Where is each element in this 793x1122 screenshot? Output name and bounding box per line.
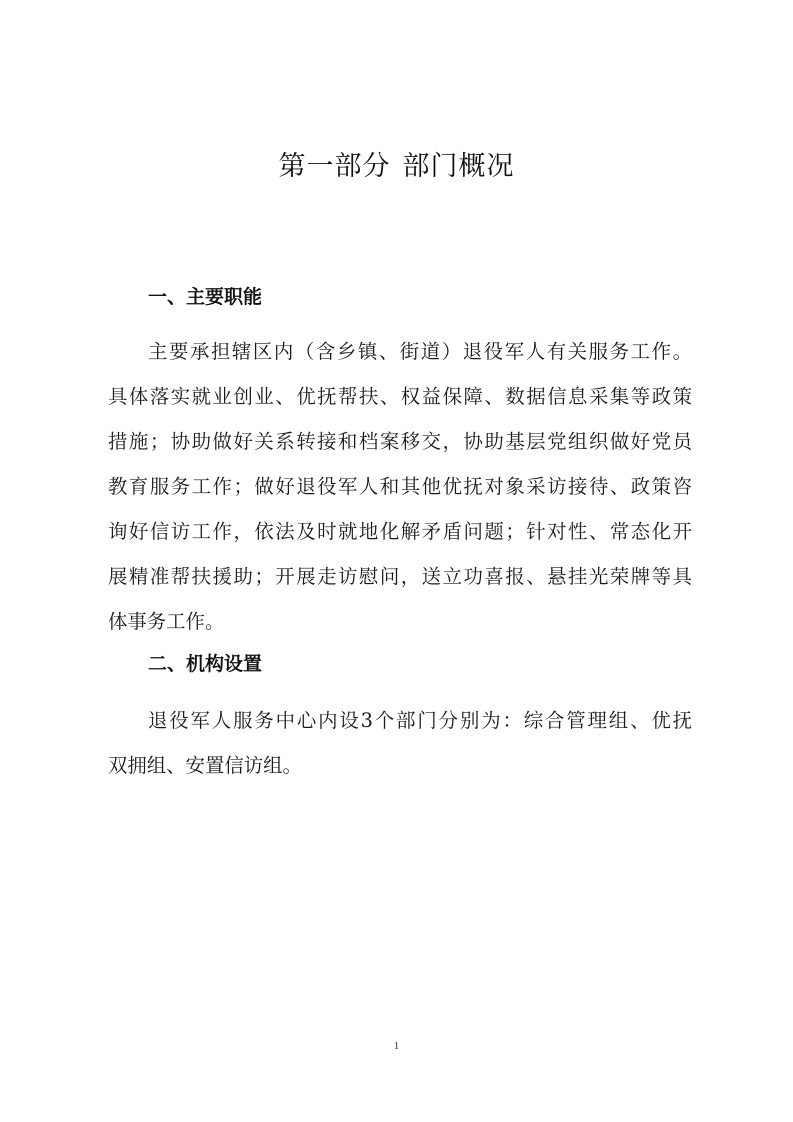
title-part-1: 第一部分 (279, 151, 391, 182)
page-title: 第一部分部门概况 (0, 147, 793, 187)
paragraph-line: 体事务工作。 (108, 607, 692, 637)
section-heading-organization: 二、机构设置 (148, 650, 262, 678)
paragraph-line: 具体落实就业创业、优抚帮扶、权益保障、数据信息采集等政策 (108, 382, 692, 412)
page-number: 1 (0, 1040, 793, 1052)
paragraph-line: 展精准帮扶援助；开展走访慰问，送立功喜报、悬挂光荣牌等具 (108, 562, 692, 592)
paragraph-line: 退役军人服务中心内设3个部门分别为：综合管理组、优抚 (148, 706, 692, 736)
paragraph-line: 双拥组、安置信访组。 (108, 751, 692, 781)
paragraph-line: 措施；协助做好关系转接和档案移交，协助基层党组织做好党员 (108, 427, 692, 457)
paragraph-line: 教育服务工作；做好退役军人和其他优抚对象采访接待、政策咨 (108, 472, 692, 502)
title-part-2: 部门概况 (403, 151, 515, 182)
document-page: 第一部分部门概况 一、主要职能 主要承担辖区内（含乡镇、街道）退役军人有关服务工… (0, 0, 793, 1122)
paragraph-line: 询好信访工作，依法及时就地化解矛盾问题；针对性、常态化开 (108, 517, 692, 547)
paragraph-line: 主要承担辖区内（含乡镇、街道）退役军人有关服务工作。 (148, 337, 692, 367)
section-heading-main-functions: 一、主要职能 (148, 283, 262, 311)
